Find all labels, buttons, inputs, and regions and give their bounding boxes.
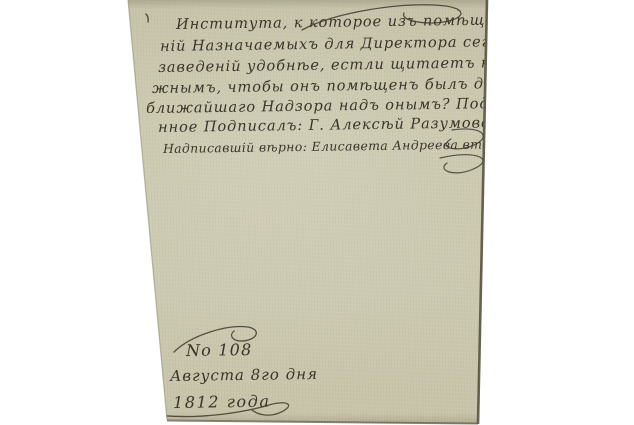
paper-sheet: Института, к которое изъ помѣще- ній Наз… [0,0,634,425]
flourish-apostrophe-icon [146,14,148,22]
photographed-manuscript: Института, к которое изъ помѣще- ній Наз… [0,0,634,425]
manuscript-line: ній Назначаемыхъ для Директора сего [160,33,500,55]
manuscript-line: Института, к которое изъ помѣще- [176,11,501,33]
flourish-under-attestation-icon [440,155,483,173]
manuscript-line: нное Подписалъ: Г. Алексѣй Разумовскій [158,114,516,136]
date-year-line: 1812 года [173,392,271,412]
docket-number: No 108 [186,340,253,360]
manuscript-line: заведеній удобнѣе, естли щитаетъ ну- [158,54,507,76]
manuscript-line: жнымъ, чтобы онъ помѣщенъ былъ для [152,75,505,97]
manuscript-line: ближайшаго Надзора надъ онымъ? Подли- [146,95,516,117]
date-day-line: Августа 8го дня [170,365,318,385]
manuscript-line: Надписавшій вѣрно: Елисавета Андреева вт… [163,136,515,156]
